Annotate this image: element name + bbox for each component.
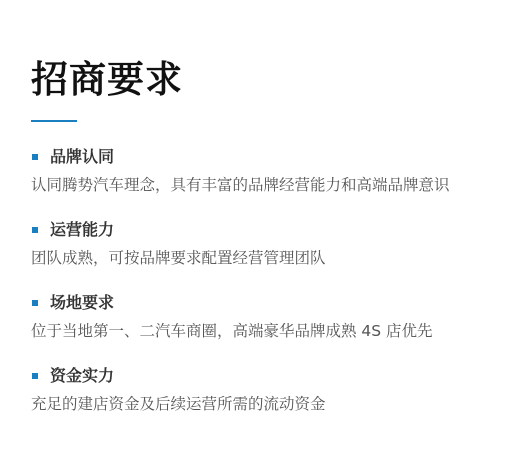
section-body: 充足的建店资金及后续运营所需的流动资金: [31, 393, 326, 415]
square-bullet-icon: [32, 300, 38, 306]
section-heading: 场地要求: [50, 292, 114, 314]
section-header: 运营能力: [31, 219, 326, 241]
title-underline: [31, 120, 77, 122]
section-brand-recognition: 品牌认同 认同腾势汽车理念，具有丰富的品牌经营能力和高端品牌意识: [31, 146, 450, 196]
square-bullet-icon: [32, 227, 38, 233]
section-site-requirements: 场地要求 位于当地第一、二汽车商圈，高端豪华品牌成熟 4S 店优先: [31, 292, 433, 342]
section-header: 品牌认同: [31, 146, 450, 168]
square-bullet-icon: [32, 373, 38, 379]
section-body: 团队成熟，可按品牌要求配置经营管理团队: [31, 247, 326, 269]
section-heading: 运营能力: [50, 219, 114, 241]
square-bullet-icon: [32, 154, 38, 160]
section-financial-strength: 资金实力 充足的建店资金及后续运营所需的流动资金: [31, 365, 326, 415]
section-header: 资金实力: [31, 365, 326, 387]
section-heading: 资金实力: [50, 365, 114, 387]
section-header: 场地要求: [31, 292, 433, 314]
section-heading: 品牌认同: [50, 146, 114, 168]
page-title: 招商要求: [31, 56, 183, 104]
section-body: 认同腾势汽车理念，具有丰富的品牌经营能力和高端品牌意识: [31, 174, 450, 196]
section-body: 位于当地第一、二汽车商圈，高端豪华品牌成熟 4S 店优先: [31, 320, 433, 342]
section-operation-ability: 运营能力 团队成熟，可按品牌要求配置经营管理团队: [31, 219, 326, 269]
